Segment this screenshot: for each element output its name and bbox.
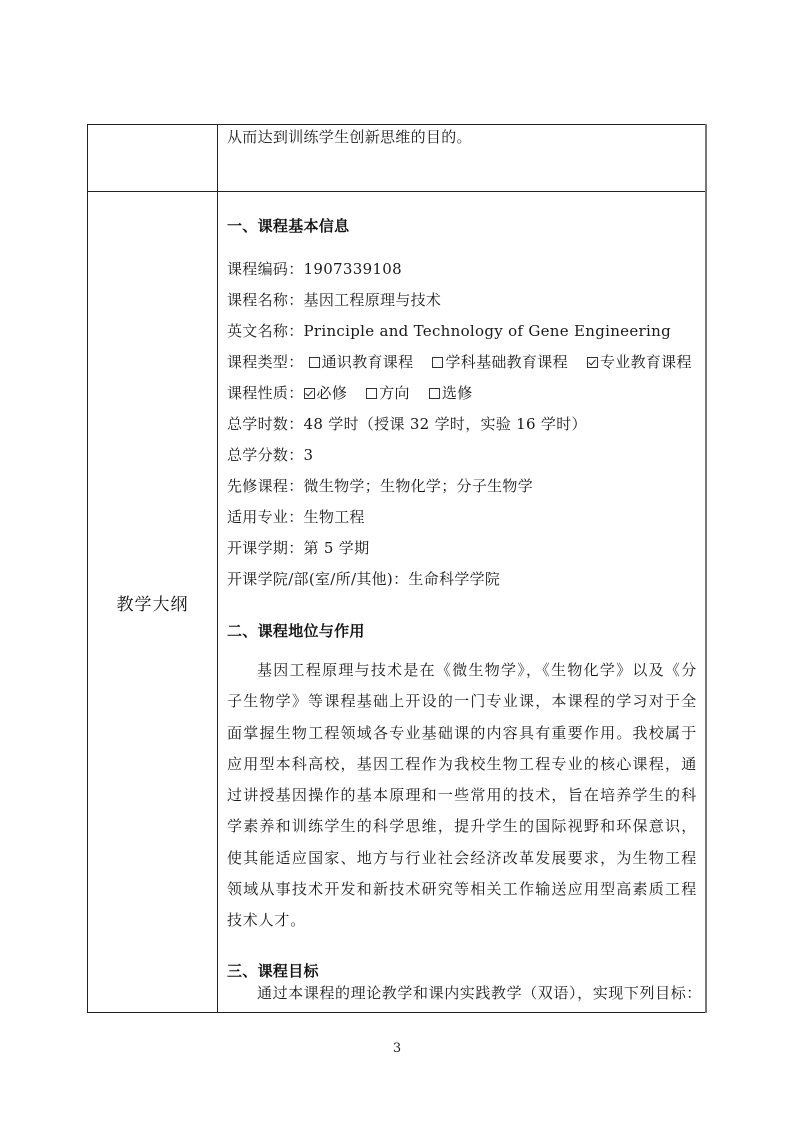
course-type-line: 课程类型： 通识教育课程 学科基础教育课程 专业教育课程 <box>227 347 697 378</box>
total-credits-label: 总学分数： <box>227 446 304 464</box>
prerequisites-line: 先修课程：微生物学；生物化学；分子生物学 <box>227 471 697 502</box>
applicable-major-label: 适用专业： <box>227 508 304 526</box>
checkbox-unchecked-icon <box>366 388 377 399</box>
english-name-label: 英文名称： <box>227 322 304 340</box>
course-code-line: 课程编码：1907339108 <box>227 254 697 285</box>
total-hours-line: 总学时数：48 学时（授课 32 学时，实验 16 学时） <box>227 409 697 440</box>
english-name-line: 英文名称：Principle and Technology of Gene En… <box>227 316 697 347</box>
checkbox-unchecked-icon <box>429 388 440 399</box>
total-hours-label: 总学时数： <box>227 415 304 433</box>
course-type-option-general: 通识教育课程 <box>309 353 414 371</box>
checkbox-unchecked-icon <box>309 357 320 368</box>
department-value: 生命科学学院 <box>408 570 500 588</box>
course-name-line: 课程名称：基因工程原理与技术 <box>227 285 697 316</box>
english-name-value: Principle and Technology of Gene Enginee… <box>304 322 671 340</box>
semester-label: 开课学期： <box>227 539 304 557</box>
course-code-label: 课程编码： <box>227 260 304 278</box>
course-type-label: 课程类型： <box>227 353 304 371</box>
table-row-continuation: 从而达到训练学生创新思维的目的。 <box>88 125 707 192</box>
syllabus-content: 一、课程基本信息 课程编码：1907339108 课程名称：基因工程原理与技术 … <box>218 192 705 1005</box>
course-goals-paragraph: 通过本课程的理论教学和课内实践教学（双语），实现下列目标： <box>227 981 697 1005</box>
syllabus-label: 教学大纲 <box>117 595 189 615</box>
semester-value: 第 5 学期 <box>304 539 370 557</box>
applicable-major-value: 生物工程 <box>304 508 365 526</box>
prerequisites-label: 先修课程： <box>227 477 304 495</box>
total-credits-line: 总学分数：3 <box>227 440 697 471</box>
checkbox-checked-icon <box>587 357 598 368</box>
continuation-cell: 从而达到训练学生创新思维的目的。 <box>218 125 707 192</box>
course-type-option-discipline: 学科基础教育课程 <box>432 353 567 371</box>
empty-label-cell <box>88 125 218 192</box>
document-page: 从而达到训练学生创新思维的目的。 教学大纲 一、课程基本信息 课程编码：1907… <box>0 0 794 1123</box>
page-number: 3 <box>0 1041 794 1056</box>
syllabus-label-cell: 教学大纲 <box>88 192 218 1013</box>
course-nature-option-required: 必修 <box>304 384 348 402</box>
course-role-paragraph: 基因工程原理与技术是在《微生物学》，《生物化学》以及《分子生物学》等课程基础上开… <box>227 655 697 937</box>
department-line: 开课学院/部(室/所/其他)：生命科学学院 <box>227 564 697 595</box>
syllabus-content-cell: 一、课程基本信息 课程编码：1907339108 课程名称：基因工程原理与技术 … <box>218 192 707 1013</box>
section1-heading: 一、课程基本信息 <box>227 216 697 236</box>
prerequisites-value: 微生物学；生物化学；分子生物学 <box>304 477 534 495</box>
table-row-syllabus: 教学大纲 一、课程基本信息 课程编码：1907339108 课程名称：基因工程原… <box>88 192 707 1013</box>
section2-heading: 二、课程地位与作用 <box>227 621 697 641</box>
course-code-value: 1907339108 <box>304 260 402 278</box>
total-hours-value: 48 学时（授课 32 学时，实验 16 学时） <box>304 415 587 433</box>
department-label: 开课学院/部(室/所/其他)： <box>227 570 408 588</box>
course-name-value: 基因工程原理与技术 <box>304 291 442 309</box>
continued-text: 从而达到训练学生创新思维的目的。 <box>227 127 705 147</box>
applicable-major-line: 适用专业：生物工程 <box>227 502 697 533</box>
course-nature-label: 课程性质： <box>227 384 304 402</box>
section3-heading: 三、课程目标 <box>227 961 697 981</box>
syllabus-table: 从而达到训练学生创新思维的目的。 教学大纲 一、课程基本信息 课程编码：1907… <box>87 124 707 1013</box>
total-credits-value: 3 <box>304 446 314 464</box>
course-nature-line: 课程性质：必修 方向 选修 <box>227 378 697 409</box>
course-nature-option-elective: 选修 <box>429 384 473 402</box>
course-name-label: 课程名称： <box>227 291 304 309</box>
checkbox-checked-icon <box>304 388 315 399</box>
checkbox-unchecked-icon <box>432 357 443 368</box>
course-type-option-professional: 专业教育课程 <box>587 353 692 371</box>
semester-line: 开课学期：第 5 学期 <box>227 533 697 564</box>
course-nature-option-direction: 方向 <box>366 384 410 402</box>
